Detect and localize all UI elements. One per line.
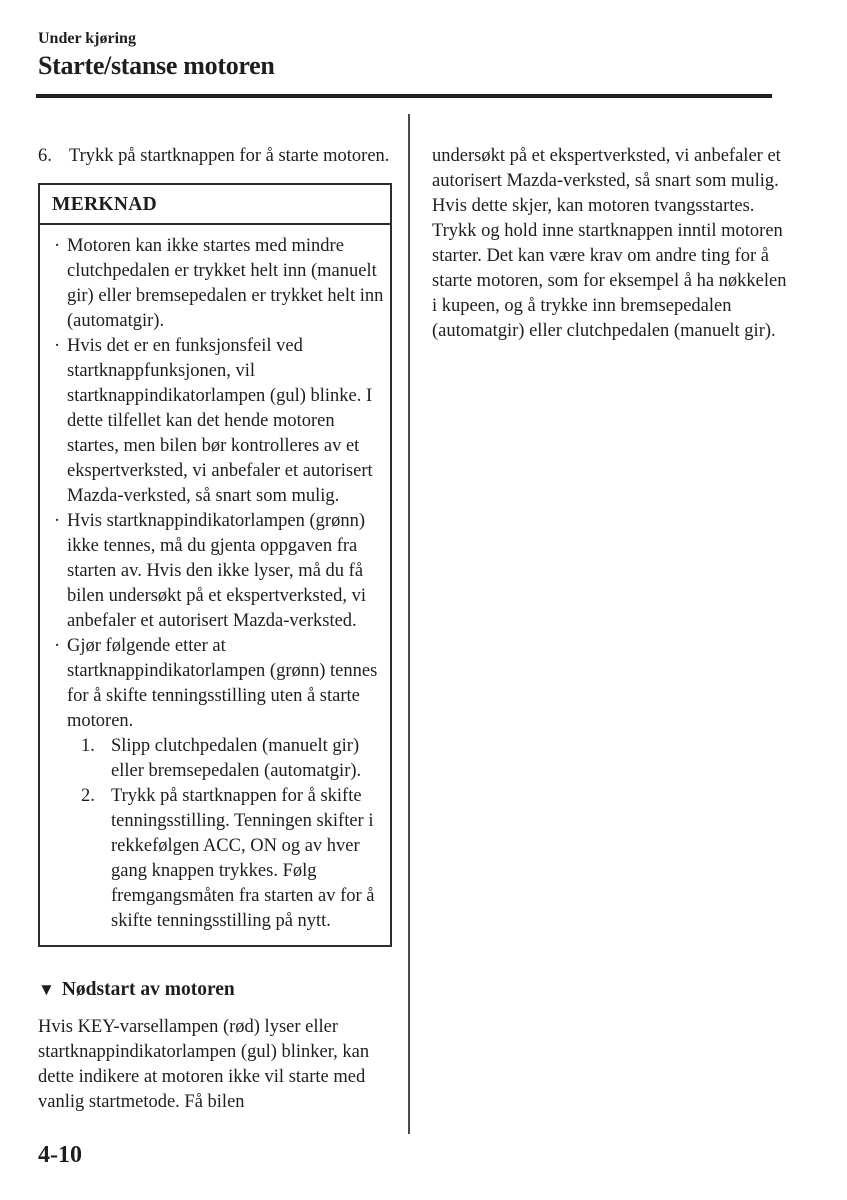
- note-bullet-2: · Hvis det er en funksjonsfeil ved start…: [54, 334, 384, 509]
- right-column: undersøkt på et ekspertverksted, vi anbe…: [432, 144, 788, 344]
- note-bullet-text: Hvis startknappindikatorlampen (grønn) i…: [67, 511, 366, 631]
- substep-number: 1.: [81, 734, 111, 784]
- substep-text: Slipp clutchpedalen (manuelt gir) eller …: [111, 734, 384, 784]
- chapter-kicker: Under kjøring: [38, 30, 275, 48]
- subsection-title: Nødstart av motoren: [62, 979, 235, 1000]
- subsection-paragraph: Hvis KEY-varsellampen (rød) lyser eller …: [38, 1015, 392, 1115]
- note-substep-2: 2. Trykk på startknappen for å skifte te…: [81, 784, 384, 934]
- subsection-heading: ▼Nødstart av motoren: [38, 978, 392, 1002]
- note-box-body: · Motoren kan ikke startes med mindre cl…: [40, 225, 390, 945]
- note-bullet-text: Hvis det er en funksjonsfeil ved startkn…: [67, 336, 373, 506]
- note-box-title: MERKNAD: [40, 185, 390, 225]
- left-column: 6. Trykk på startknappen for å starte mo…: [38, 144, 392, 1115]
- step-number: 6.: [38, 144, 69, 169]
- bullet-dot-icon: ·: [54, 634, 60, 659]
- page-title: Starte/stanse motoren: [38, 51, 275, 81]
- note-substeps: 1. Slipp clutchpedalen (manuelt gir) ell…: [81, 734, 384, 934]
- page-header: Under kjøring Starte/stanse motoren: [38, 30, 275, 81]
- header-rule: [36, 94, 772, 98]
- note-bullet-text: Gjør følgende etter at startknappindikat…: [67, 636, 377, 731]
- note-bullet-4: · Gjør følgende etter at startknappindik…: [54, 634, 384, 934]
- numbered-step-6: 6. Trykk på startknappen for å starte mo…: [38, 144, 392, 169]
- note-substep-1: 1. Slipp clutchpedalen (manuelt gir) ell…: [81, 734, 384, 784]
- note-bullet-1: · Motoren kan ikke startes med mindre cl…: [54, 234, 384, 334]
- note-bullet-3: · Hvis startknappindikatorlampen (grønn)…: [54, 509, 384, 634]
- bullet-dot-icon: ·: [54, 234, 60, 259]
- step-text: Trykk på startknappen for å starte motor…: [69, 144, 392, 169]
- note-box: MERKNAD · Motoren kan ikke startes med m…: [38, 183, 392, 947]
- column-divider: [408, 114, 410, 1134]
- substep-text: Trykk på startknappen for å skifte tenni…: [111, 784, 384, 934]
- right-column-paragraph: undersøkt på et ekspertverksted, vi anbe…: [432, 144, 788, 344]
- substep-number: 2.: [81, 784, 111, 934]
- note-bullet-text: Motoren kan ikke startes med mindre clut…: [67, 236, 383, 331]
- page-number: 4-10: [38, 1142, 82, 1169]
- triangle-down-icon: ▼: [38, 980, 55, 999]
- bullet-dot-icon: ·: [54, 334, 60, 359]
- bullet-dot-icon: ·: [54, 509, 60, 534]
